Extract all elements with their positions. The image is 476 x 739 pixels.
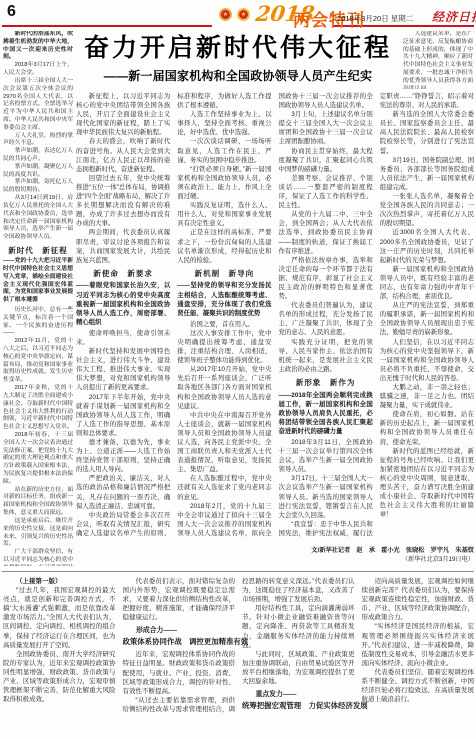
paragraph: 站在新的历史方位，面对新的目标任务，组成新一届国家机构和全国政协领导集体，意义重… <box>3 487 73 518</box>
paragraph: 一张张人选名单，凝聚着全党全国各族人民的共同意志；一次次热烈掌声，寄托着亿万人民… <box>380 192 474 228</box>
paragraph: 用好结构性工具，定向滴灌薄弱环节。针对小微企业融资难融资贵等问题，定向降准、再贷… <box>242 604 355 649</box>
main-headline-block: 奋力开启新时代伟大征程 ——新一届国家机构和全国政协领导人员产生纪实 <box>74 34 402 84</box>
header-rule-left <box>2 25 212 27</box>
paragraph: 新当选的全国人大常委会委员长、国家监察委员会主任、最高人民法院院长、最高人民检察… <box>380 110 474 155</box>
paragraph: 实践充分证明，把党的领导、人民当家作主、依法治国有机统一起来，是发展社会主义民主… <box>279 338 373 374</box>
page-number: 6 <box>7 3 16 21</box>
paragraph: 掌声如潮，寄托亿万人民的殷切期待。 <box>3 179 73 195</box>
national-emblem-icon: ★ <box>219 8 232 21</box>
paragraph: 治国之要，首在用人。 <box>177 320 271 329</box>
paragraph: 协商民主贯穿始终，最大程度凝聚了共识，汇聚起同心共筑中国梦的磅礴力量。 <box>279 147 373 174</box>
paragraph: “打铁必须自身硬。”新一届国家机构和全国政协领导人员，必须在政治上、能力上、作风… <box>177 165 271 201</box>
paragraph: 实践反复证明，选什么人、用什么人，对党和国家事业发展具有决定性意义。 <box>177 201 271 228</box>
bridge-paragraphs: 新征程上，以习近平同志为核心的党中央团结带领全国各族人民，开启了全面建设社会主义… <box>76 92 170 265</box>
star-glyph: ★ <box>223 12 228 18</box>
paragraph: 严格依法按章办事，选举和决定任命的每一个环节都于法有据、规范有序，彰显了社会主义… <box>279 256 373 301</box>
paragraph: 这次人事安排工作中，党中央明确提出统筹考虑、通盘安排，注重结构合理、人岗相适，使… <box>177 329 271 365</box>
paragraph: 在人选酝酿过程中，党中央还就有关人选征求了党内老同志的意见。 <box>177 474 271 501</box>
bottom-kicker-1: 形成合力—— <box>123 626 236 636</box>
paragraph: 2012年11月，党的十八大之后，以习近平同志为核心的党中央举旗定向、谋篇布局，… <box>3 338 73 385</box>
paragraph: 差额考察、会议推荐、个别谈话……一整套严密的制度程序，保证了人选工作的科学性、民… <box>279 174 373 210</box>
paragraph: 从2017年10月开始，党中央先后召开一系列座谈会，广泛听取各地区各部门各方面对… <box>177 365 271 410</box>
paragraph: 3月19日，国务院副总理、国务委员、各部部长等国务院组成人员依法产生，新一届国家… <box>380 156 474 192</box>
paragraph: 春天的盛会，吹响了新时代的奋进号角。从人民大会堂到大江南北，亿万人民正以昂扬的姿… <box>76 137 170 173</box>
paragraph: 中共中央在中南海召开党外人士座谈会，就新一届国家机构领导人员和全国政协领导人员建… <box>177 411 271 475</box>
paragraph: 代表委员们坚信，随着宏观调控体系不断健全、调控方式不断创新，中国经济巨轮必将行稳… <box>362 668 475 704</box>
section-title-4: 新形象 新作为 <box>279 378 373 389</box>
cppcc-emblem-icon: ★ <box>237 8 250 21</box>
paragraph: 与此同时，区域政策、产业政策更加注重协调联动，自由贸易试验区等开放平台相继落地，… <box>242 650 355 686</box>
section-lead-4: ——2018年全国两会顺利完成换届工作，新一届国家机构和全国政协领导人员肩负人民… <box>279 391 373 436</box>
paragraph: 从3月14日到19日，肩负亿万人民重托的全国人大代表和全国政协委员，选举和决定任… <box>3 195 73 242</box>
paragraph: 严把政治关、廉洁关，对人选的政治品格和廉洁情况严格把关，凡存在问题的一票否决，确… <box>76 474 170 510</box>
bottom-article: （上接第一版） “过去几年，我国宏观调控的最大亮点，就是创新和完善调控方式，不搞… <box>3 577 474 736</box>
section-title-2: 新使命 新要求 <box>76 269 170 280</box>
continued-from-note: （上接第一版） <box>3 577 116 586</box>
main-headline: 奋力开启新时代伟大征程 <box>74 34 402 62</box>
main-article-body: 新征程上，以习近平同志为核心的党中央团结带领全国各族人民，开启了全面建设社会主义… <box>76 92 474 566</box>
paragraph: 3月上旬，上述建议名单分别提交十三届全国人大一次会议主席团和全国政协十三届一次会… <box>279 110 373 146</box>
paragraph: 代表委员们普遍认为，建议名单的形成过程，充分发扬了民主，广泛凝聚了共识，体现了全… <box>279 301 373 337</box>
byline-block: 文/新华社记者 赵 承 霍小光 张晓松 罗宇凡 朱基钗 （新华社北京3月19日电… <box>282 544 474 568</box>
paragraph: 3月17日，十三届全国人大一次会议选举产生新一届国家机构领导人员。新当选的国家领… <box>279 474 373 519</box>
paragraph: 人选工作坚持事业为上、以事择人，坚持全面考核、重视公论，好中选优、优中选强。 <box>177 110 271 137</box>
star-glyph: ★ <box>241 12 246 18</box>
byline-credit: （新华社北京3月19日电） <box>282 555 474 564</box>
paragraph: 近年来，宏观调控体系协同作战的特征日益明显。财政政策和货币政策搭配使用，与就业、… <box>123 650 236 695</box>
section-1-paragraphs: 历史长河中，总有一些关键节点，标注着一个国家、一个民族的奋进历程——2012年1… <box>3 307 73 566</box>
sidebar-paragraphs: 人选建议名单，是在广泛征求意见、反复酝酿协商的基础上形成的，体现了中共十九大精神… <box>403 31 473 89</box>
paragraph: 出席十三届全国人大一次会议第五次全体会议的2970名全国人大代表，以记名投票方式… <box>3 78 73 133</box>
paragraph: 从庄严的宪法宣誓，到郑重的履职承诺，新一届国家机构和全国政协领导人员展现出忠于宪… <box>380 301 474 337</box>
paragraph: 人选建议名单，是在广泛征求意见、反复酝酿协商的基础上形成的，体现了中共十九大精神… <box>403 31 473 89</box>
paragraph: 从党的十九届二中、三中全会，到全国两会；从人大代表依法选举，到政协委员民主协商—… <box>279 210 373 255</box>
paragraph: 人们坚信，在以习近平同志为核心的党中央坚强领导下，新一届国家机构和全国政协领导人… <box>380 338 474 383</box>
paragraph: 两会期间，代表委员认真履职尽责，审议讨论各项报告和议案，共商国家发展大计，共绘民… <box>76 228 170 264</box>
paragraph: 一次次谈话调研、一场场听取意见，人选工作在民主、严谨、务实的氛围中稳步推进。 <box>177 137 271 164</box>
weekday-text: 星期二 <box>391 14 414 23</box>
paragraph: “过去几年，我国宏观调控的最大亮点，就是创新和完善调控方式，不搞‘大水漫灌’式强… <box>3 586 116 650</box>
paragraph: 新一届国家机构和全国政协领导人员中，既有经验丰富的老同志，也有年富力强的中青年干… <box>380 265 474 301</box>
paragraph: 代表委员们表示，面对错综复杂的国内外形势，宏观调控既要稳定总需求，又要着力深化供… <box>123 577 236 622</box>
bottom-block-2-paragraphs: 迈向高质量发展，宏观调控如何继续创新完善？代表委员们认为，要保持宏观政策连续性稳… <box>362 577 475 704</box>
paper-logo: 经济日报 <box>432 8 476 25</box>
section-title-3: 新机制 新导向 <box>177 269 271 280</box>
section-lead-1: ——党的十九大把习近平新时代中国特色社会主义思想写入党章，描绘全面建设社会主义现… <box>3 258 73 305</box>
paragraph: 德才兼备、以德为先，事业为上、公道正派——人选工作始终坚持党管干部原则，坚持正确… <box>76 438 170 474</box>
paragraph: 回望过去五年，党中央统筹推进“五位一体”总体布局，协调推进“四个全面”战略布局，… <box>76 174 170 229</box>
main-subhead: ——新一届国家机构和全国政协领导人员产生纪实 <box>74 67 402 84</box>
paragraph: 新时代坚持和发展中国特色社会主义，进行伟大斗争、建设伟大工程、推进伟大事业、实现… <box>76 347 170 392</box>
paragraph: 历史长河中，总有一些关键节点，标注着一个国家、一个民族的奋进历程—— <box>3 307 73 338</box>
paragraph: 大鹏之动，非一羽之轻也；骐骥之速，非一足之力也。团结凝聚力量，实干成就伟业。 <box>380 383 474 410</box>
paragraph: 使命呼唤担当，使命引领未来。 <box>76 329 170 347</box>
intro-paragraphs: 新时代的浩荡东风，吹拂着生机勃发的中华大地，中国又一次迎来历史性时刻。2018年… <box>3 31 73 242</box>
header-date: 2018年3月20日 星期二 <box>337 13 413 24</box>
paragraph: 2018年3月17日上午，人民大会堂。 <box>3 62 73 78</box>
paragraph: 全国政协委员、南开大学经济研究院的专家认为，近年来宏观调控政策协同性明显增强，财… <box>3 650 116 705</box>
paragraph: 新时代的浩荡东风，吹拂着生机勃发的中华大地，中国又一次迎来历史性时刻。 <box>3 31 73 62</box>
paragraph: 正是在这样的高标准、严要求之下，一份份沉甸甸的人选建议名单渐次形成，经得起历史和… <box>177 228 271 264</box>
paragraph: 2017年金秋，党的十九大制定了决胜全面建成小康社会、夺取新时代中国特色社会主义… <box>3 385 73 432</box>
byline-names: 文/新华社记者 赵 承 霍小光 张晓松 罗宇凡 朱基钗 <box>282 546 474 555</box>
paragraph: 新征程上，以习近平同志为核心的党中央团结带领全国各族人民，开启了全面建设社会主义… <box>76 92 170 137</box>
left-column: 新时代的浩荡东风，吹拂着生机勃发的中华大地，中国又一次迎来历史性时刻。2018年… <box>3 31 73 566</box>
paragraph: 迈向高质量发展，宏观调控如何继续创新完善？代表委员们认为，要保持宏观政策连续性稳… <box>362 577 475 622</box>
section-title-1: 新时代 新征程 <box>3 246 73 256</box>
section-divider <box>2 571 474 572</box>
paragraph: 新时代的蓝图已经绘就，新征程的号角已经吹响。让我们更加紧密地团结在以习近平同志为… <box>380 447 474 520</box>
section-lead-2: ——着眼党和国家长治久安，以习近平同志为核心的党中央高度重视新一届国家机构和全国… <box>76 281 170 326</box>
bottom-subhead-2: 统筹把握宏观管理 力促实体经济发展 <box>242 701 355 711</box>
paragraph: 这是承前启后、继往开来的历史性交接，这是面向未来、引领复兴的历史性出发。 <box>3 518 73 549</box>
paragraph: 万人大礼堂，热烈的掌声经久不息。 <box>3 133 73 149</box>
section-lead-3: ——坚持党的领导和充分发扬民主相结合，人选酝酿统筹考虑、通盘安排，充分体现了我们… <box>177 281 271 317</box>
paragraph: “实体经济是国民经济的根基，宏观管理必须围绕振兴实体经济来展开。”代表们建议，进… <box>362 622 475 667</box>
paragraph: 掌声如潮，凝聚亿万人民的高度共识。 <box>3 164 73 180</box>
bottom-subhead-1: 政策体系协同作战 调控更加精准有效 <box>123 637 236 647</box>
paragraph: 2017年下半年开始，党中央就着手谋划新一届国家机构和全国政协领导人员人选工作，… <box>76 393 170 438</box>
paragraph: 近3000名全国人大代表、2000多名全国政协委员，见证了这一庄严的历史时刻，共… <box>380 228 474 264</box>
paragraph: 掌声如潮，表达亿万人民的共同心声。 <box>3 148 73 164</box>
bottom-kicker-2: 重点发力—— <box>242 690 355 700</box>
paragraph: 广大干部群众坚信，有以习近平同志为核心的党中央掌舵领航，有习近平新时代中国特色社… <box>3 549 73 566</box>
date-text: 2018年3月20日 <box>337 14 389 23</box>
paragraph: 2018年3月11日，全国政协十三届一次会议举行第四次全体会议，选举产生新一届全… <box>279 438 373 474</box>
right-sidebar-column: 人选建议名单，是在广泛征求意见、反复酝酿协商的基础上形成的，体现了中共十九大精神… <box>403 31 473 89</box>
paragraph: 使命在肩，初心如磐。站在新的历史起点上，新一届国家机构和全国政协领导人员重任在肩… <box>380 410 474 446</box>
paragraph: 2018年初春，十三届全国人大一次会议表决通过宪法修正案，把党的十九大确定的重大… <box>3 432 73 487</box>
newspaper-page: 6 ★ ★ 2018 两会特刊 2018年3月20日 星期二 经济日报 奋力开启… <box>0 0 476 739</box>
